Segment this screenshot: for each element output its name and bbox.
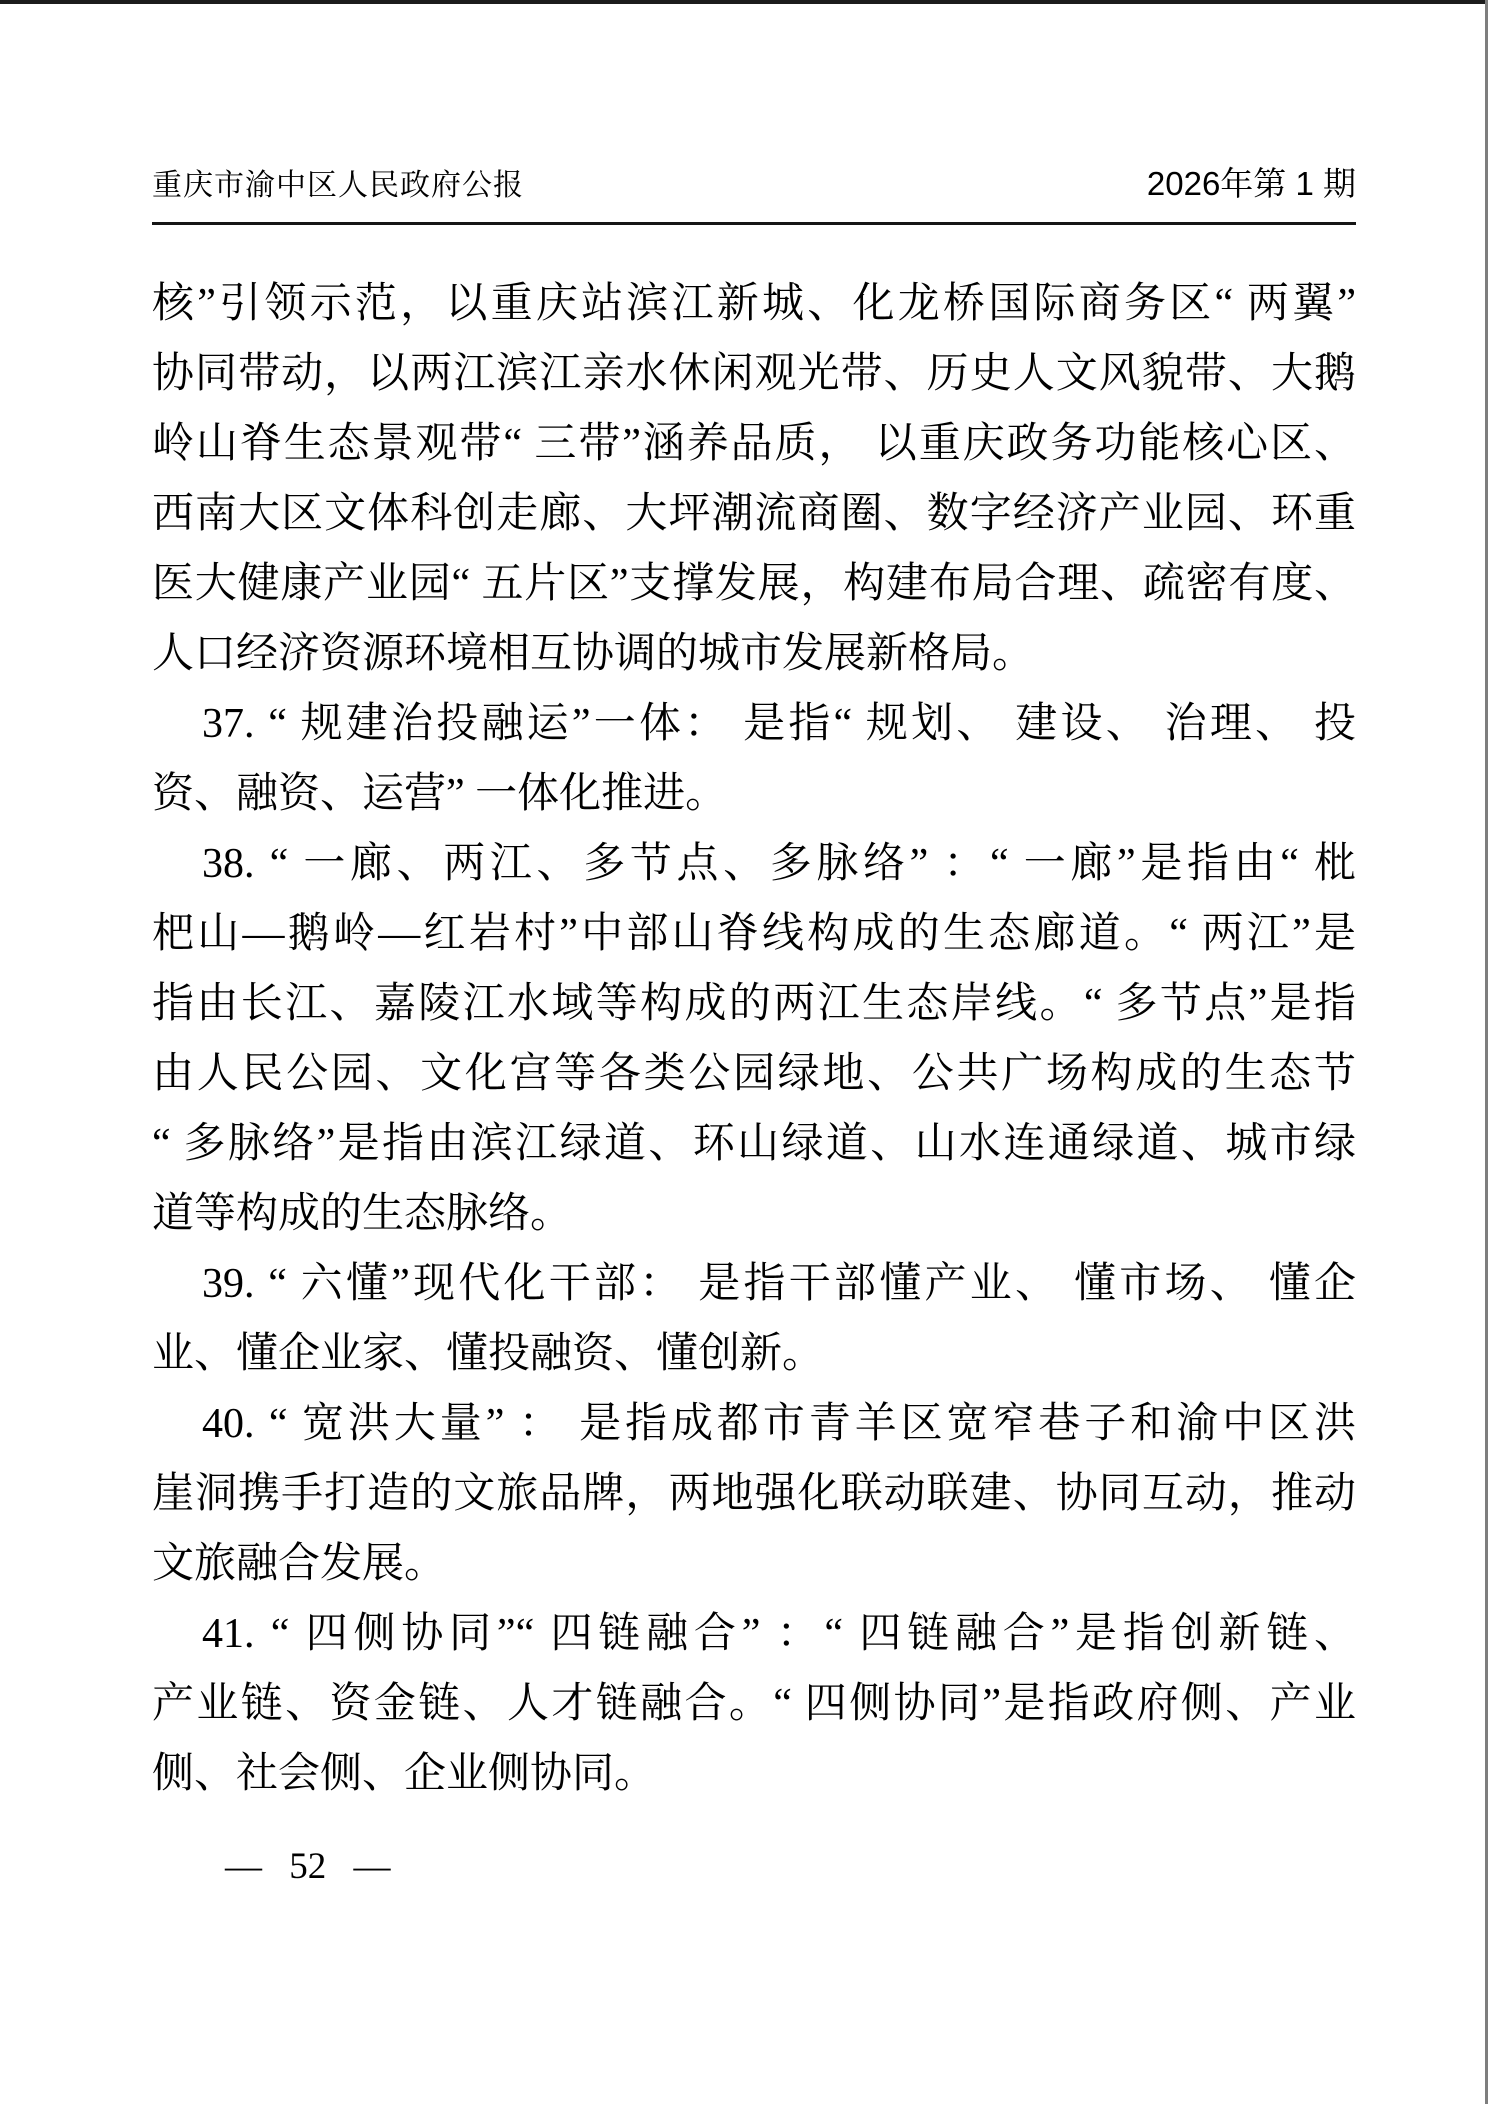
body-line: 人口经济资源环境相互协调的城市发展新格局。 xyxy=(152,619,1356,689)
gazette-title: 重庆市渝中区人民政府公报 xyxy=(152,160,524,204)
body-line: 协同带动，以两江滨江亲水休闲观光带、历史人文风貌带、大鹅 xyxy=(152,339,1356,409)
body-line: 39. “ 六懂”现代化干部： 是指干部懂产业、 懂市场、 懂企 xyxy=(152,1249,1356,1319)
body-line: 40. “ 宽洪大量” ： 是指成都市青羊区宽窄巷子和渝中区洪 xyxy=(152,1389,1356,1459)
scan-top-edge-bar xyxy=(0,0,1488,4)
body-line: “ 多脉络”是指由滨江绿道、环山绿道、山水连通绿道、城市绿 xyxy=(152,1109,1356,1179)
gazette-page: 重庆市渝中区人民政府公报 2026年第 1 期 核”引领示范，以重庆站滨江新城、… xyxy=(0,0,1488,2104)
body-line: 崖洞携手打造的文旅品牌，两地强化联动联建、协同互动，推动 xyxy=(152,1459,1356,1529)
body-line: 38. “ 一廊、两江、多节点、多脉络” ：“ 一廊”是指由“ 枇 xyxy=(152,829,1356,899)
body-line: 道等构成的生态脉络。 xyxy=(152,1179,1356,1249)
body-line: 杷山—鹅岭—红岩村”中部山脊线构成的生态廊道。“ 两江”是 xyxy=(152,899,1356,969)
body-line: 西南大区文体科创走廊、大坪潮流商圈、数字经济产业园、环重 xyxy=(152,479,1356,549)
header-rule xyxy=(152,222,1356,225)
body-line: 41. “ 四侧协同”“ 四链融合” ：“ 四链融合”是指创新链、 xyxy=(152,1599,1356,1669)
body-line: 37. “ 规建治投融运”一体： 是指“ 规划、 建设、 治理、 投 xyxy=(152,689,1356,759)
body-line: 资、融资、运营” 一体化推进。 xyxy=(152,759,1356,829)
body-line: 侧、社会侧、企业侧协同。 xyxy=(152,1739,1356,1809)
body-line: 核”引领示范，以重庆站滨江新城、化龙桥国际商务区“ 两翼” xyxy=(152,269,1356,339)
body-line: 岭山脊生态景观带“ 三带”涵养品质， 以重庆政务功能核心区、 xyxy=(152,409,1356,479)
body-line: 产业链、资金链、人才链融合。“ 四侧协同”是指政府侧、产业 xyxy=(152,1669,1356,1739)
body-line: 由人民公园、文化宫等各类公园绿地、公共广场构成的生态节点。 xyxy=(152,1039,1356,1109)
footer-page-number: — 52 — xyxy=(225,1845,391,1888)
body-line: 医大健康产业园“ 五片区”支撑发展，构建布局合理、疏密有度、 xyxy=(152,549,1356,619)
body-line: 指由长江、嘉陵江水域等构成的两江生态岸线。“ 多节点”是指 xyxy=(152,969,1356,1039)
body-text: 核”引领示范，以重庆站滨江新城、化龙桥国际商务区“ 两翼”协同带动，以两江滨江亲… xyxy=(152,269,1356,1809)
body-line: 业、懂企业家、懂投融资、懂创新。 xyxy=(152,1319,1356,1389)
issue-number: 2026年第 1 期 xyxy=(1147,158,1356,205)
page-header: 重庆市渝中区人民政府公报 2026年第 1 期 xyxy=(152,158,1356,205)
body-line: 文旅融合发展。 xyxy=(152,1529,1356,1599)
